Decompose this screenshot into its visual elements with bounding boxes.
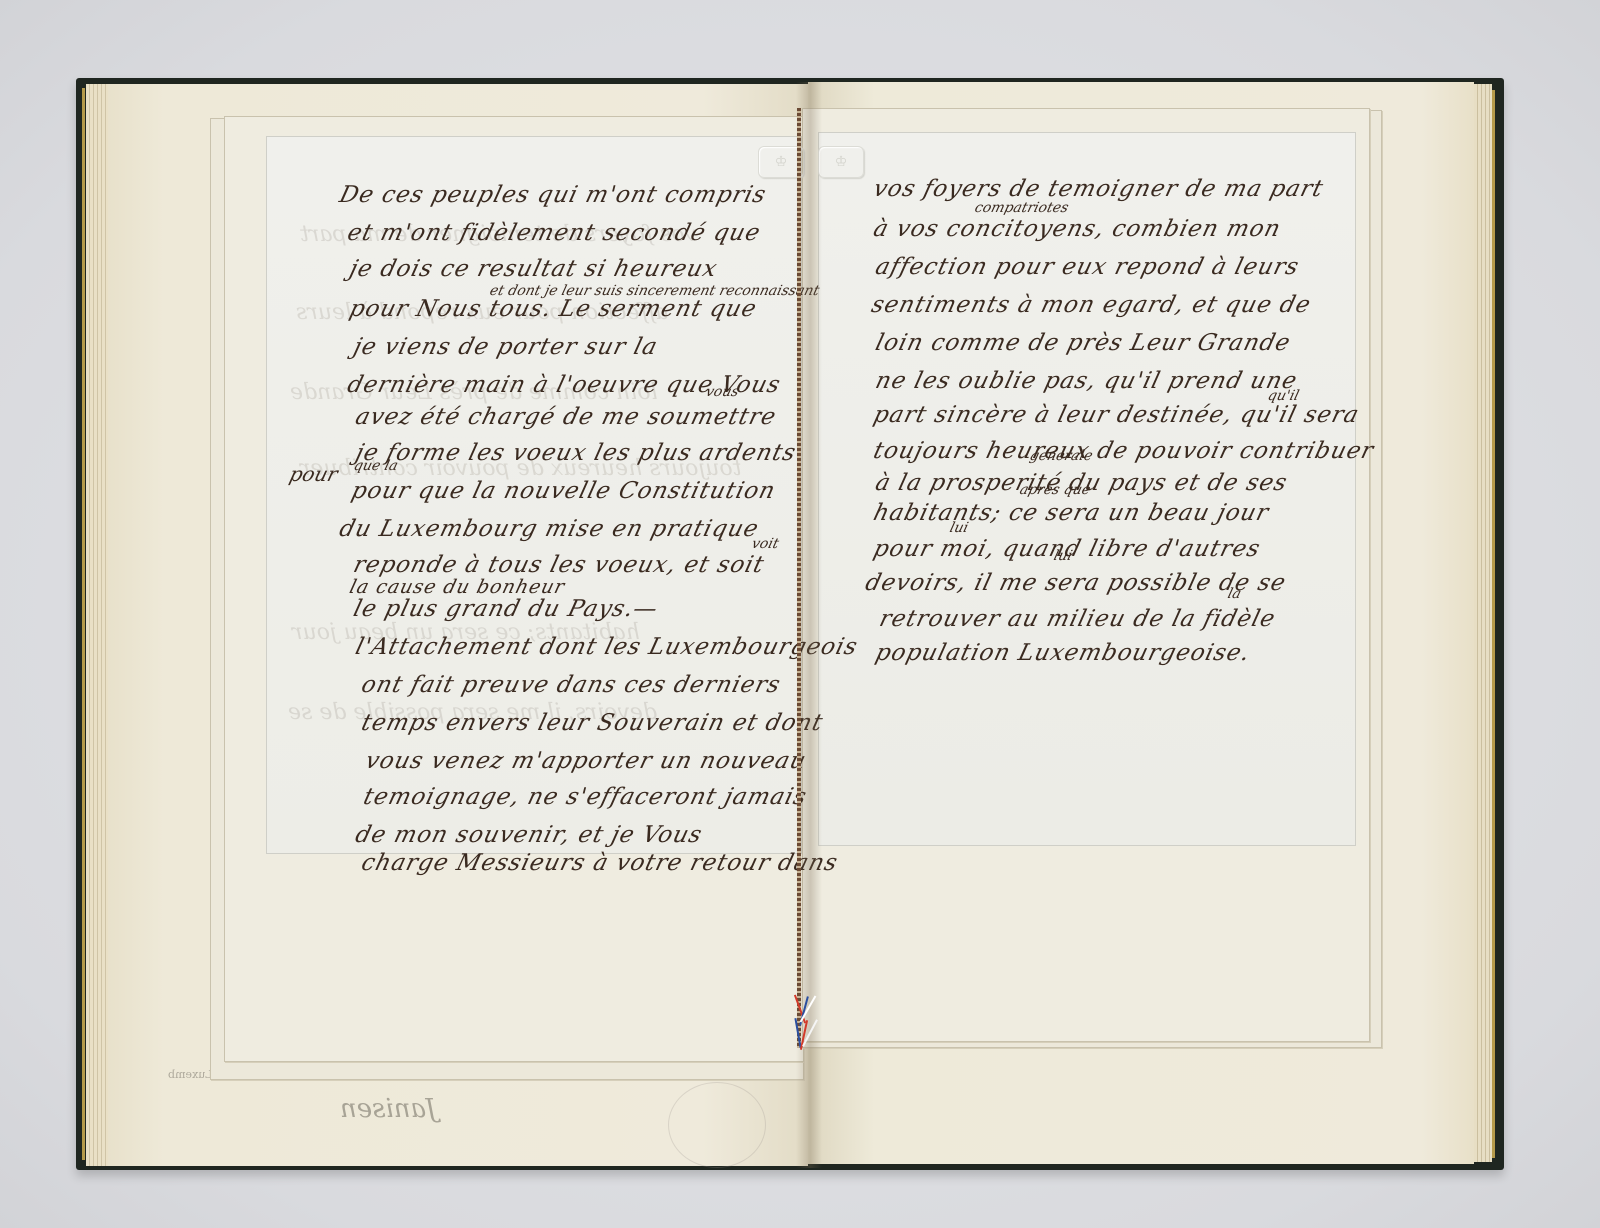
- handwritten-line: je forme les voeux les plus ardents: [353, 440, 799, 466]
- handwritten-line: avez été chargé de me soumettre: [353, 404, 779, 430]
- handwritten-line: ne les oublie pas, qu'il prend une: [873, 368, 1300, 394]
- handwritten-line: je dois ce resultat si heureux: [347, 256, 721, 282]
- handwritten-line: vos foyers de temoigner de ma part: [871, 176, 1327, 202]
- margin-insertion: pour: [287, 462, 340, 486]
- crown-emboss-icon: ♔: [818, 146, 864, 178]
- handwritten-line: habitants; ce sera un beau jour: [871, 500, 1272, 526]
- handwritten-line: part sincère à leur destinée, qu'il sera: [871, 402, 1362, 428]
- gilt-edge-right: [1492, 90, 1495, 1158]
- gilt-edge-left: [82, 88, 85, 1160]
- handwritten-line: De ces peuples qui m'ont compris: [337, 182, 769, 208]
- thread-tassel: [791, 994, 821, 1052]
- handwritten-line: du Luxembourg mise en pratique: [337, 516, 762, 542]
- handwritten-line: toujours heureux de pouvoir contribuer: [871, 438, 1377, 464]
- interlinear-insertion: generale: [1028, 448, 1094, 464]
- handwritten-line: affection pour eux repond à leurs: [873, 254, 1302, 280]
- pencil-signature: Janisen: [340, 1094, 436, 1124]
- interlinear-insertion: vous: [704, 384, 741, 400]
- interlinear-insertion: voit: [750, 536, 780, 552]
- handwritten-line: temoignage, ne s'effaceront jamais: [361, 784, 810, 810]
- interlinear-insertion: que la: [352, 458, 400, 474]
- handwritten-line-struck: le plus grand du Pays.—: [351, 596, 661, 622]
- handwritten-line: pour Nous tous. Le serment que: [347, 296, 760, 322]
- handwritten-line: à vos concitoyens, combien mon: [871, 216, 1284, 242]
- handwritten-line: loin comme de près Leur Grande: [873, 330, 1294, 356]
- binding-thread: [797, 108, 801, 1048]
- handwritten-line: ont fait preuve dans ces derniers: [359, 672, 784, 698]
- faint-stamp: [668, 1082, 766, 1168]
- handwritten-line: l'Attachement dont les Luxembourgeois: [353, 634, 861, 660]
- handwritten-line: devoirs, il me sera possible de se: [863, 570, 1289, 596]
- handwritten-line: et m'ont fidèlement secondé que: [345, 220, 764, 246]
- handwritten-line: population Luxembourgeoise.: [873, 640, 1253, 666]
- pencil-note-small: Luxemb: [168, 1068, 213, 1081]
- handwritten-line: temps envers leur Souverain et dont: [359, 710, 826, 736]
- handwritten-line: de mon souvenir, et je Vous: [353, 822, 705, 848]
- handwritten-line: vous venez m'apporter un nouveau: [363, 748, 810, 774]
- interlinear-insertion: compatriotes: [973, 200, 1070, 216]
- handwritten-line: la cause du bonheur: [347, 576, 567, 598]
- handwritten-line: pour que la nouvelle Constitution: [349, 478, 779, 504]
- handwritten-line: charge Messieurs à votre retour dans: [359, 850, 841, 876]
- handwritten-line: sentiments à mon egard, et que de: [869, 292, 1314, 318]
- handwritten-line: reponde à tous les voeux, et soit: [351, 552, 768, 578]
- handwritten-line: je viens de porter sur la: [351, 334, 661, 360]
- handwritten-line: retrouver au milieu de la fidèle: [877, 606, 1279, 632]
- interlinear-insertion: après que: [1018, 482, 1092, 498]
